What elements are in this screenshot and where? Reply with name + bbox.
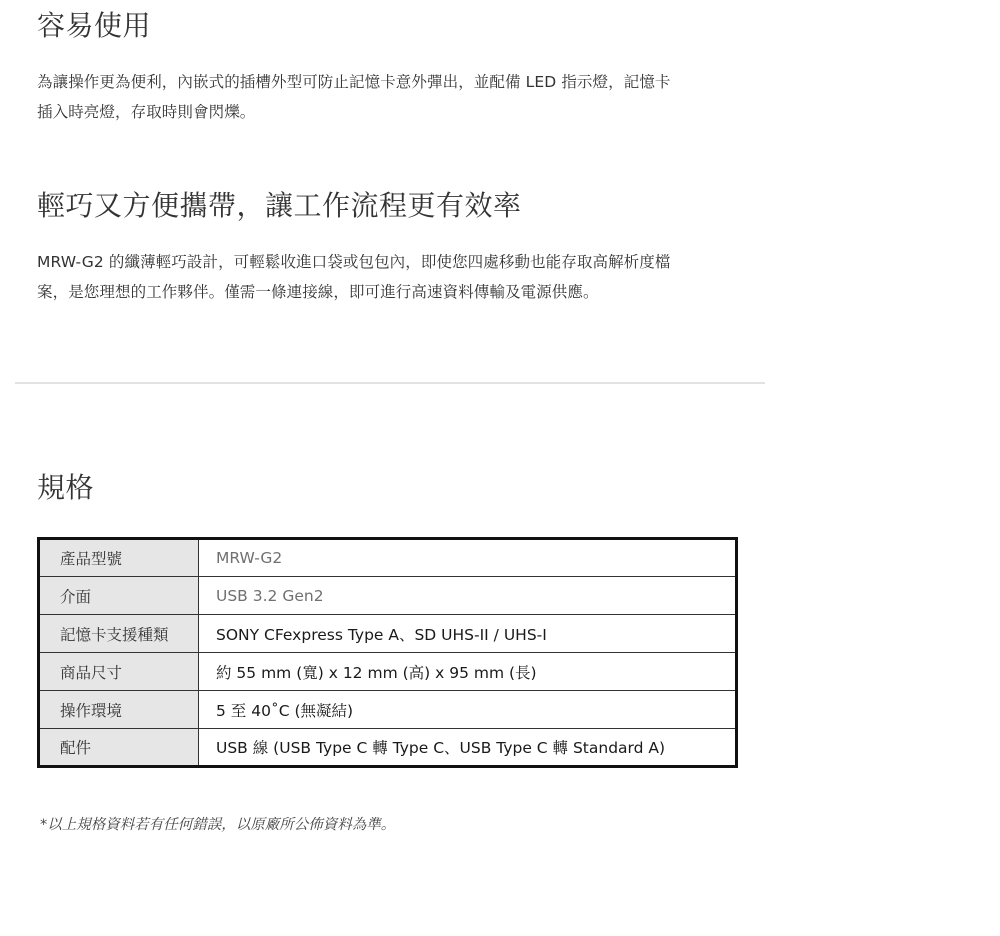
section-heading: 容易使用 [37, 8, 757, 44]
specifications-heading: 規格 [37, 470, 757, 506]
spec-value: MRW-G2 [199, 539, 737, 577]
spec-label: 產品型號 [39, 539, 199, 577]
spec-label: 商品尺寸 [39, 653, 199, 691]
spec-label: 操作環境 [39, 691, 199, 729]
table-row: 產品型號 MRW-G2 [39, 539, 737, 577]
spec-value: 約 55 mm (寬) x 12 mm (高) x 95 mm (長) [199, 653, 737, 691]
spec-value: SONY CFexpress Type A、SD UHS-II / UHS-I [199, 615, 737, 653]
section-divider [15, 382, 765, 384]
paragraph-line: MRW-G2 的纖薄輕巧設計，可輕鬆收進口袋或包包內，即使您四處移動也能存取高解… [37, 253, 670, 271]
section-easy-to-use: 容易使用 為讓操作更為便利，內嵌式的插槽外型可防止記憶卡意外彈出，並配備 LED… [37, 8, 757, 127]
table-row: 操作環境 5 至 40˚C (無凝結) [39, 691, 737, 729]
section-heading: 輕巧又方便攜帶，讓工作流程更有效率 [37, 188, 757, 224]
paragraph-line: 插入時亮燈，存取時則會閃爍。 [37, 103, 255, 121]
table-row: 介面 USB 3.2 Gen2 [39, 577, 737, 615]
spec-label: 記憶卡支援種類 [39, 615, 199, 653]
specifications-table: 產品型號 MRW-G2 介面 USB 3.2 Gen2 記憶卡支援種類 SONY… [37, 537, 738, 768]
table-row: 記憶卡支援種類 SONY CFexpress Type A、SD UHS-II … [39, 615, 737, 653]
disclaimer-note: *以上規格資料若有任何錯誤，以原廠所公佈資料為準。 [40, 813, 395, 834]
section-specifications: 規格 [37, 470, 757, 506]
spec-value: USB 3.2 Gen2 [199, 577, 737, 615]
spec-value: USB 線 (USB Type C 轉 Type C、USB Type C 轉 … [199, 729, 737, 767]
paragraph-line: 案，是您理想的工作夥伴。僅需一條連接線，即可進行高速資料傳輸及電源供應。 [37, 283, 599, 301]
product-detail-page: 容易使用 為讓操作更為便利，內嵌式的插槽外型可防止記憶卡意外彈出，並配備 LED… [0, 0, 1000, 936]
spec-value: 5 至 40˚C (無凝結) [199, 691, 737, 729]
spec-label: 介面 [39, 577, 199, 615]
spec-label: 配件 [39, 729, 199, 767]
table-row: 配件 USB 線 (USB Type C 轉 Type C、USB Type C… [39, 729, 737, 767]
table-row: 商品尺寸 約 55 mm (寬) x 12 mm (高) x 95 mm (長) [39, 653, 737, 691]
section-paragraph: MRW-G2 的纖薄輕巧設計，可輕鬆收進口袋或包包內，即使您四處移動也能存取高解… [37, 247, 757, 307]
section-portable: 輕巧又方便攜帶，讓工作流程更有效率 MRW-G2 的纖薄輕巧設計，可輕鬆收進口袋… [37, 188, 757, 307]
paragraph-line: 為讓操作更為便利，內嵌式的插槽外型可防止記憶卡意外彈出，並配備 LED 指示燈，… [37, 73, 671, 91]
section-paragraph: 為讓操作更為便利，內嵌式的插槽外型可防止記憶卡意外彈出，並配備 LED 指示燈，… [37, 67, 757, 127]
